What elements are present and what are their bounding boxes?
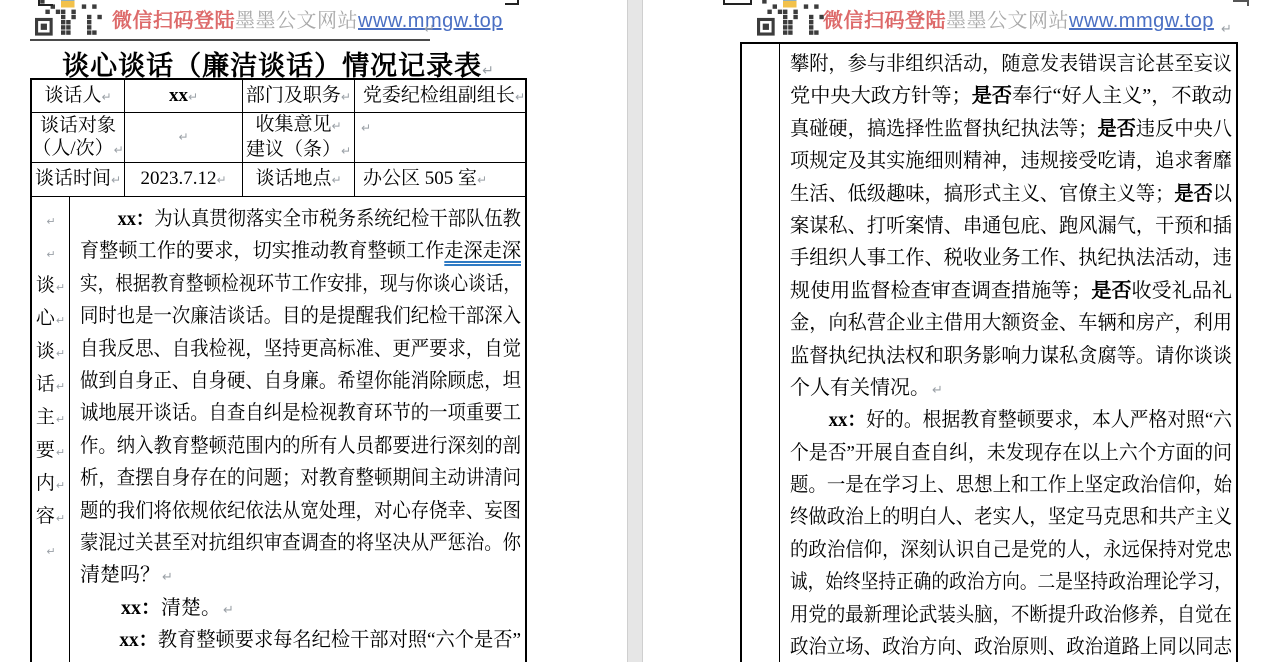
page-gap-divider [627, 0, 643, 662]
field-label-interviewer: 谈话人↵ [32, 80, 125, 112]
text-line: xx：为认真贯彻落实全市税务系统纪检干部队伍教 [80, 203, 521, 235]
text-line: 个人有关情况。↵ [790, 372, 1232, 404]
talk-content-page1: xx：为认真贯彻落实全市税务系统纪检干部队伍教育整顿工作的要求，切实推动教育整顿… [70, 197, 525, 662]
field-value-suggestions: ↵ [355, 113, 525, 162]
header-banner: 微信扫码登陆墨墨公文网站www.mmgw.top [112, 4, 503, 33]
page-1: 微信扫码登陆墨墨公文网站www.mmgw.top ↵ 谈心谈话（廉洁谈话）情况记… [0, 0, 627, 662]
page-boundary-mark [38, 0, 53, 6]
field-label-talk-time: 谈话时间↵ [32, 163, 125, 196]
text-line: 自我反思、自我检视，坚持更高标准、更严要求，自觉 [80, 333, 521, 365]
table-row: 谈话人↵ xx↵ 部门及职务↵ 党委纪检组副组长↵ [32, 80, 525, 113]
header-gray-text: 墨墨公文网站 [235, 10, 358, 32]
header-rule [30, 39, 430, 41]
text-line: 同时也是一次廉洁谈话。目的是提醒我们纪检干部深入 [80, 300, 521, 332]
field-value-talk-time: 2023.7.12↵ [125, 163, 243, 196]
text-line: 党中央大政方针等；是否奉行“好人主义”，不敢动 [790, 80, 1232, 112]
paragraph-mark: ↵ [32, 236, 69, 269]
text-line: 真碰硬，搞选择性监督执纪执法等；是否违反中央八 [790, 113, 1232, 145]
side-label-main-content: ↵↵谈↵心↵谈↵话↵主↵要↵内↵容↵↵ [32, 197, 70, 662]
text-line: 析，查摆自身存在的问题；对教育整顿期间主动讲清问 [80, 462, 521, 494]
text-line: 攀附，参与非组织活动，随意发表错误言论甚至妄议 [790, 48, 1232, 80]
text-line: 诚地展开谈话。自查自纠是检视教育环节的一项重要工 [80, 397, 521, 429]
text-line: 规使用监督检查审查调查措施等；是否收受礼品礼 [790, 275, 1232, 307]
text-line: 题。一是在学习上、思想上和工作上坚定政治信仰，始 [790, 469, 1232, 501]
text-line: 个是否”开展自查自纠，未发现存在以上六个方面的问 [790, 437, 1232, 469]
table-row-main-content: ↵↵谈↵心↵谈↵话↵主↵要↵内↵容↵↵ xx：为认真贯彻落实全市税务系统纪检干部… [32, 197, 525, 662]
field-value-talk-place: 办公区 505 室↵ [355, 163, 525, 196]
paragraph-mark: ↵ [32, 203, 69, 236]
text-line: 做到自身正、自身硬、自身廉。希望你能消除顾虑，坦 [80, 365, 521, 397]
text-line: 育整顿工作的要求，切实推动教育整顿工作走深走深 [80, 235, 521, 267]
text-line: 金，向私营企业主借用大额资金、车辆和房产，利用 [790, 307, 1232, 339]
page-2: 微信扫码登陆墨墨公文网站www.mmgw.top ↵ 攀附，参与非组织活动，随意… [643, 0, 1281, 662]
paragraph-mark: ↵ [932, 383, 943, 398]
text-line: 蒙混过关甚至对抗组织审查调查的将坚决从严惩治。你 [80, 527, 521, 559]
page-boundary-mark [723, 0, 752, 5]
text-line: 手组织人事工作、税收业务工作、执纪执法活动，违 [790, 242, 1232, 274]
text-line: 生活、低级趣味，搞形式主义、官僚主义等；是否以 [790, 178, 1232, 210]
page-boundary-mark [1233, 0, 1249, 6]
side-label-char: 主↵ [32, 401, 69, 434]
field-label-suggestions: 收集意见↵ 建议（条）↵ [243, 113, 355, 162]
text-line: 终做政治上的明白人、老实人，坚定马克思和共产主义 [790, 501, 1232, 533]
text-line: 实，根据教育整顿检视环节工作安排，现与你谈心谈话， [80, 268, 521, 300]
text-line: 政治立场、政治方向、政治原则、政治道路上同以同志 [790, 631, 1232, 662]
field-label-talk-place: 谈话地点↵ [243, 163, 355, 196]
document-viewport: 微信扫码登陆墨墨公文网站www.mmgw.top ↵ 谈心谈话（廉洁谈话）情况记… [0, 0, 1281, 662]
header-red-text: 微信扫码登陆 [823, 10, 946, 32]
side-label-char: 话↵ [32, 368, 69, 401]
side-label-char: 心↵ [32, 302, 69, 335]
text-line: xx：好的。根据教育整顿要求，本人严格对照“六 [790, 404, 1232, 436]
header-gray-text: 墨墨公文网站 [946, 10, 1069, 32]
paragraph-mark: ↵ [482, 63, 495, 79]
paragraph-mark: ↵ [32, 533, 69, 566]
record-form-table: 谈话人↵ xx↵ 部门及职务↵ 党委纪检组副组长↵ 谈话对象 （人/次）↵ ↵ … [30, 78, 527, 662]
text-line: 项规定及其实施细则精神，违规接受吃请，追求奢靡 [790, 145, 1232, 177]
side-label-char: 要↵ [32, 434, 69, 467]
field-value-interviewees: ↵ [125, 113, 243, 162]
paragraph-mark: ↵ [162, 570, 173, 585]
record-form-table-continued: 攀附，参与非组织活动，随意发表错误言论甚至妄议党中央大政方针等；是否奉行“好人主… [740, 42, 1238, 662]
text-line: xx：清楚。↵ [80, 592, 521, 624]
text-line: 的政治信仰，深刻认识自己是党的人，永远保持对党忠 [790, 534, 1232, 566]
talk-content-page2: 攀附，参与非组织活动，随意发表错误言论甚至妄议党中央大政方针等；是否奉行“好人主… [780, 44, 1236, 662]
header-website-link[interactable]: www.mmgw.top [1069, 10, 1214, 32]
page-boundary-mark [505, 0, 519, 5]
table-row: 谈话时间↵ 2023.7.12↵ 谈话地点↵ 办公区 505 室↵ [32, 163, 525, 197]
paragraph-mark: ↵ [424, 22, 435, 37]
field-value-interviewer: xx↵ [125, 80, 243, 112]
field-value-department: 党委纪检组副组长↵ [355, 80, 525, 112]
qr-code-icon [755, 0, 827, 38]
text-line: 诚，始终坚持正确的政治方向。二是坚持政治理论学习， [790, 566, 1232, 598]
field-label-interviewees: 谈话对象 （人/次）↵ [32, 113, 125, 162]
text-line: 作。纳入教育整顿范围内的所有人员都要进行深刻的剖 [80, 430, 521, 462]
side-label-char: 容↵ [32, 500, 69, 533]
side-label-empty [742, 44, 780, 662]
side-label-char: 谈↵ [32, 335, 69, 368]
paragraph-mark: ↵ [223, 603, 234, 618]
text-line: xx：教育整顿要求每名纪检干部对照“六个是否” [80, 624, 521, 656]
paragraph-mark: ↵ [1221, 22, 1232, 37]
side-label-char: 谈↵ [32, 269, 69, 302]
side-label-char: 内↵ [32, 467, 69, 500]
field-label-department: 部门及职务↵ [243, 80, 355, 112]
text-line: 监督执纪执法权和职务影响力谋私贪腐等。请你谈谈 [790, 340, 1232, 372]
text-line: 题的我们将依规依纪依法从宽处理，对心存侥幸、妄图 [80, 495, 521, 527]
header-banner: 微信扫码登陆墨墨公文网站www.mmgw.top [823, 4, 1214, 33]
table-row: 谈话对象 （人/次）↵ ↵ 收集意见↵ 建议（条）↵ ↵ [32, 113, 525, 163]
header-red-text: 微信扫码登陆 [112, 10, 235, 32]
text-line: 清楚吗？↵ [80, 559, 521, 591]
text-line: 案谋私、打听案情、串通包庇、跑风漏气，干预和插 [790, 210, 1232, 242]
text-line: 用党的最新理论武装头脑，不断提升政治修养，自觉在 [790, 599, 1232, 631]
